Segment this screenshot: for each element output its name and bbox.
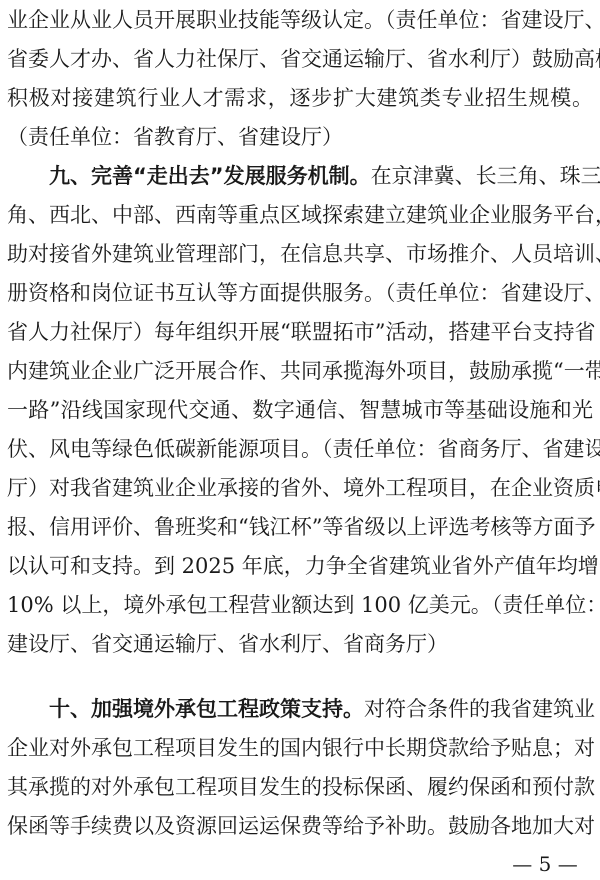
text-line: 其承揽的对外承包工程项目发生的投标保函、履约保函和预付款 — [7, 775, 593, 799]
text-line: 厅）对我省建筑业企业承接的省外、境外工程项目，在企业资质申 — [7, 476, 593, 500]
section-heading-ten: 十、加强境外承包工程政策支持。 — [49, 697, 364, 721]
text-line: 伏、风电等绿色低碳新能源项目。（责任单位：省商务厅、省建设 — [7, 437, 593, 461]
text-line: 10% 以上，境外承包工程营业额达到 100 亿美元。（责任单位：省 — [7, 593, 593, 617]
text-line: 助对接省外建筑业管理部门，在信息共享、市场推介、人员培训、注 — [7, 242, 593, 266]
section-ten-first-line: 十、加强境外承包工程政策支持。对符合条件的我省建筑业 — [7, 697, 593, 721]
section-nine-first-line: 九、完善“走出去”发展服务机制。在京津冀、长三角、珠三 — [7, 164, 593, 188]
text-line: 省委人才办、省人力社保厅、省交通运输厅、省水利厅）鼓励高校 — [7, 47, 593, 71]
text-line: （责任单位：省教育厅、省建设厅） — [7, 125, 593, 149]
text-run: 对符合条件的我省建筑业 — [364, 697, 595, 721]
text-line: 内建筑业企业广泛开展合作、共同承揽海外项目，鼓励承揽“一带 — [7, 359, 593, 383]
text-line: 册资格和岗位证书互认等方面提供服务。（责任单位：省建设厅、 — [7, 281, 593, 305]
text-line: 一路”沿线国家现代交通、数字通信、智慧城市等基础设施和光 — [7, 398, 593, 422]
section-heading-nine: 九、完善“走出去”发展服务机制。 — [49, 164, 371, 188]
text-line: 角、西北、中部、西南等重点区域探索建立建筑业企业服务平台，帮 — [7, 203, 593, 227]
text-run: 在京津冀、长三角、珠三 — [371, 164, 600, 188]
text-line: 建设厅、省交通运输厅、省水利厅、省商务厅） — [7, 632, 593, 656]
text-line: 业企业从业人员开展职业技能等级认定。（责任单位：省建设厅、 — [7, 8, 593, 32]
text-line: 以认可和支持。到 2025 年底，力争全省建筑业省外产值年均增长 — [7, 554, 593, 578]
text-line: 企业对外承包工程项目发生的国内银行中长期贷款给予贴息；对 — [7, 736, 593, 760]
document-page: 业企业从业人员开展职业技能等级认定。（责任单位：省建设厅、 省委人才办、省人力社… — [0, 0, 600, 880]
text-line: 报、信用评价、鲁班奖和“钱江杯”等省级以上评选考核等方面予 — [7, 515, 593, 539]
text-line: 省人力社保厅）每年组织开展“联盟拓市”活动，搭建平台支持省 — [7, 320, 593, 344]
text-line: 积极对接建筑行业人才需求，逐步扩大建筑类专业招生规模。 — [7, 86, 593, 110]
page-number: — 5 — — [500, 852, 590, 876]
text-line: 保函等手续费以及资源回运运保费等给予补助。鼓励各地加大对 — [7, 814, 593, 838]
